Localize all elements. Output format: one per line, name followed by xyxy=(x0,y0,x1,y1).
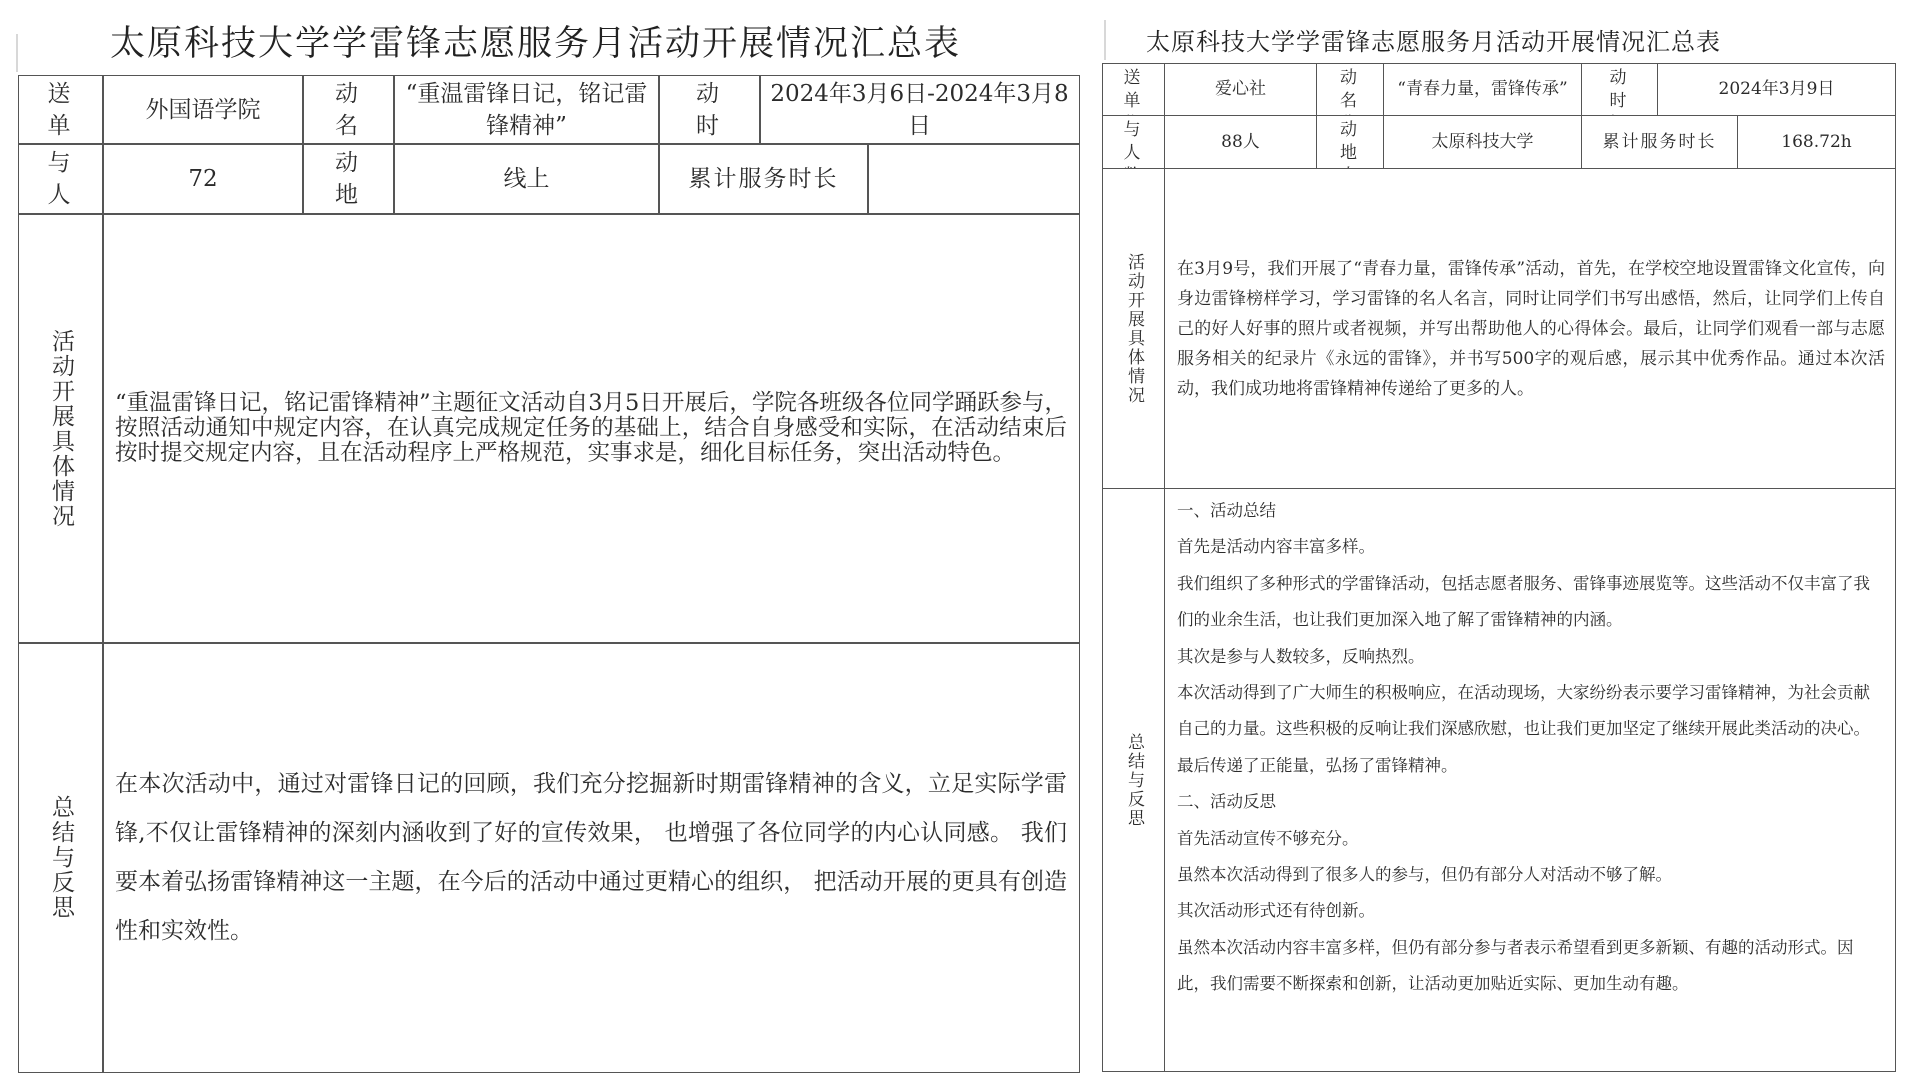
activity-time-value: 2024年3月9日 xyxy=(1719,78,1835,101)
summary-line: 二、活动反思 xyxy=(1177,784,1883,820)
right-place-value-cell: 太原科技大学 xyxy=(1383,115,1582,169)
hours-value: 168.72h xyxy=(1781,131,1851,154)
summary-text: 在本次活动中，通过对雷锋日记的回顾，我们充分挖掘新时期雷锋精神的含义，立足实际学… xyxy=(115,760,1067,956)
left-hours-label-cell: 累计服务时长 xyxy=(658,143,869,215)
unit-label: 报送单位 xyxy=(1114,63,1153,116)
summary-label: 总结与反思 xyxy=(1122,733,1145,828)
left-summary-text-cell: 在本次活动中，通过对雷锋日记的回顾，我们充分挖掘新时期雷锋精神的含义，立足实际学… xyxy=(102,642,1080,1073)
participant-count-value: 88人 xyxy=(1221,131,1260,154)
summary-line: 最后传递了正能量，弘扬了雷锋精神。 xyxy=(1177,748,1883,784)
right-unit-label-cell: 报送单位 xyxy=(1102,63,1165,116)
unit-label: 报送单位 xyxy=(35,75,88,145)
right-details-text-cell: 在3月9号，我们开展了“青春力量，雷锋传承”活动，首先，在学校空地设置雷锋文化宣… xyxy=(1164,168,1896,489)
right-hours-label-cell: 累计服务时长 xyxy=(1581,115,1738,169)
left-hours-value-cell xyxy=(867,143,1080,215)
left-summary-label-cell: 总结与反思 xyxy=(18,642,104,1073)
summary-line: 其次是参与人数较多，反响热烈。 xyxy=(1177,639,1883,675)
unit-value: 爱心社 xyxy=(1215,78,1266,101)
participant-count-value: 72 xyxy=(188,163,217,195)
right-time-label-cell: 活动时间 xyxy=(1581,63,1658,116)
details-label: 活动开展具体情况 xyxy=(1122,253,1145,405)
left-details-label-cell: 活动开展具体情况 xyxy=(18,213,104,644)
summary-label: 总结与反思 xyxy=(45,795,77,920)
name-label: 活动名称 xyxy=(322,75,375,145)
left-unit-value-cell: 外国语学院 xyxy=(102,75,304,145)
summary-line: 虽然本次活动内容丰富多样，但仍有部分参与者表示希望看到更多新颖、有趣的活动形式。… xyxy=(1177,930,1883,1003)
right-time-value-cell: 2024年3月9日 xyxy=(1657,63,1896,116)
right-hours-value-cell: 168.72h xyxy=(1737,115,1896,169)
page-edge-left xyxy=(16,34,18,72)
name-label: 活动名称 xyxy=(1330,63,1369,116)
details-text: 在3月9号，我们开展了“青春力量，雷锋传承”活动，首先，在学校空地设置雷锋文化宣… xyxy=(1177,254,1885,404)
summary-line: 一、活动总结 xyxy=(1177,493,1883,529)
activity-name-value: “重温雷锋日记，铭记雷锋精神” xyxy=(402,78,651,142)
left-name-value-cell: “重温雷锋日记，铭记雷锋精神” xyxy=(393,75,660,145)
summary-line: 虽然本次活动得到了很多人的参与，但仍有部分人对活动不够了解。 xyxy=(1177,857,1883,893)
right-name-label-cell: 活动名称 xyxy=(1316,63,1384,116)
count-label: 参与人数 xyxy=(1114,115,1153,169)
time-label: 活动时间 xyxy=(1600,63,1639,116)
left-place-label-cell: 活动地点 xyxy=(302,143,395,215)
right-summary-text-cell: 一、活动总结 首先是活动内容丰富多样。 我们组织了多种形式的学雷锋活动，包括志愿… xyxy=(1164,488,1896,1072)
left-time-label-cell: 活动时间 xyxy=(658,75,761,145)
left-name-label-cell: 活动名称 xyxy=(302,75,395,145)
right-unit-value-cell: 爱心社 xyxy=(1164,63,1317,116)
summary-line: 其次活动形式还有待创新。 xyxy=(1177,893,1883,929)
hours-label: 累计服务时长 xyxy=(689,163,839,195)
summary-line: 本次活动得到了广大师生的积极响应，在活动现场，大家纷纷表示要学习雷锋精神，为社会… xyxy=(1177,675,1883,748)
left-unit-label-cell: 报送单位 xyxy=(18,75,104,145)
right-place-label-cell: 活动地点 xyxy=(1316,115,1384,169)
place-label: 活动地点 xyxy=(322,143,375,215)
left-time-value-cell: 2024年3月6日-2024年3月8日 xyxy=(759,75,1080,145)
right-count-value-cell: 88人 xyxy=(1164,115,1317,169)
summary-line: 首先活动宣传不够充分。 xyxy=(1177,821,1883,857)
activity-name-value: “青春力量，雷锋传承” xyxy=(1397,78,1567,101)
summary-line: 首先是活动内容丰富多样。 xyxy=(1177,529,1883,565)
unit-value: 外国语学院 xyxy=(146,94,261,126)
page-edge-right xyxy=(1104,20,1106,60)
details-label: 活动开展具体情况 xyxy=(45,329,77,529)
place-label: 活动地点 xyxy=(1330,115,1369,169)
left-count-value-cell: 72 xyxy=(102,143,304,215)
left-place-value-cell: 线上 xyxy=(393,143,660,215)
hours-label: 累计服务时长 xyxy=(1603,131,1717,154)
place-value: 太原科技大学 xyxy=(1432,131,1534,154)
place-value: 线上 xyxy=(504,163,550,195)
summary-line: 我们组织了多种形式的学雷锋活动，包括志愿者服务、雷锋事迹展览等。这些活动不仅丰富… xyxy=(1177,566,1883,639)
right-form-title: 太原科技大学学雷锋志愿服务月活动开展情况汇总表 xyxy=(1146,22,1721,57)
activity-time-value: 2024年3月6日-2024年3月8日 xyxy=(766,78,1073,142)
right-details-label-cell: 活动开展具体情况 xyxy=(1102,168,1165,489)
left-form-title: 太原科技大学学雷锋志愿服务月活动开展情况汇总表 xyxy=(110,16,961,66)
details-text: “重温雷锋日记，铭记雷锋精神”主题征文活动自3月5日开展后，学院各班级各位同学踊… xyxy=(115,391,1067,466)
left-count-label-cell: 参与人数 xyxy=(18,143,104,215)
time-label: 活动时间 xyxy=(683,75,736,145)
right-name-value-cell: “青春力量，雷锋传承” xyxy=(1383,63,1582,116)
right-count-label-cell: 参与人数 xyxy=(1102,115,1165,169)
right-summary-label-cell: 总结与反思 xyxy=(1102,488,1165,1072)
count-label: 参与人数 xyxy=(35,143,88,215)
left-details-text-cell: “重温雷锋日记，铭记雷锋精神”主题征文活动自3月5日开展后，学院各班级各位同学踊… xyxy=(102,213,1080,644)
